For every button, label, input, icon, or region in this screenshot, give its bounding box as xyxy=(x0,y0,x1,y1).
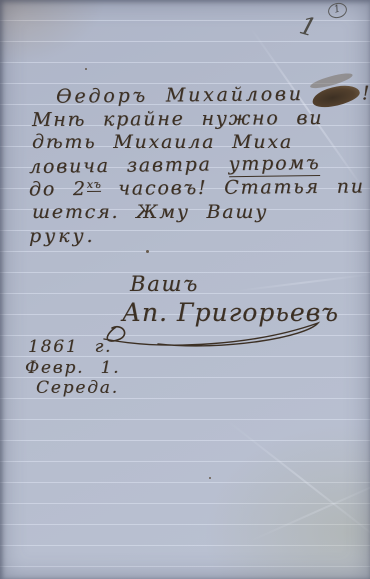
letter-page: 1 1 Ѳедоръ Михайлови! Мнѣ крайне нужно в… xyxy=(0,0,370,579)
letter-line-text: до 2 xyxy=(29,178,87,201)
page-number-stamp-value: 1 xyxy=(333,3,342,15)
signature: Ап. Григорьевъ xyxy=(122,298,339,327)
letter-line: Мнѣ крайне нужно ви xyxy=(32,107,323,131)
signature-block: Ап. Григорьевъ xyxy=(96,297,328,351)
ink-blot xyxy=(311,83,361,110)
letter-line: дѣть Михаила Миха xyxy=(32,131,293,153)
salutation-exclamation: ! xyxy=(362,82,370,104)
letter-closing: Вашъ xyxy=(130,272,199,296)
pencil-page-number: 1 xyxy=(296,10,319,42)
letter-line: шется. Жму Вашу xyxy=(32,201,268,223)
crease-line xyxy=(236,273,370,291)
dust-speck xyxy=(209,477,211,479)
letter-line-salutation: Ѳедоръ Михайлови! xyxy=(56,82,370,107)
letter-line: руку. xyxy=(29,225,96,247)
letter-line: ловича завтра утромъ xyxy=(29,152,321,178)
date-weekday: Середа. xyxy=(36,378,119,398)
date-year: 1861 г. xyxy=(28,337,112,357)
crease-line xyxy=(227,420,370,538)
dust-speck xyxy=(85,68,87,70)
dust-speck xyxy=(146,250,149,253)
page-number-stamp: 1 xyxy=(326,1,348,20)
underlined-word: утромъ xyxy=(228,152,320,177)
letter-line: до 2хъ часовъ! Статья пи xyxy=(29,176,365,201)
superscript-suffix: хъ xyxy=(87,178,102,192)
letter-line-text: часовъ! Статья пи xyxy=(101,176,365,200)
crease-line xyxy=(250,479,370,541)
salutation-text: Ѳедоръ Михайлови xyxy=(56,83,304,108)
letter-line-text: ловича завтра xyxy=(29,153,212,178)
date-day: Февр. 1. xyxy=(25,358,120,378)
